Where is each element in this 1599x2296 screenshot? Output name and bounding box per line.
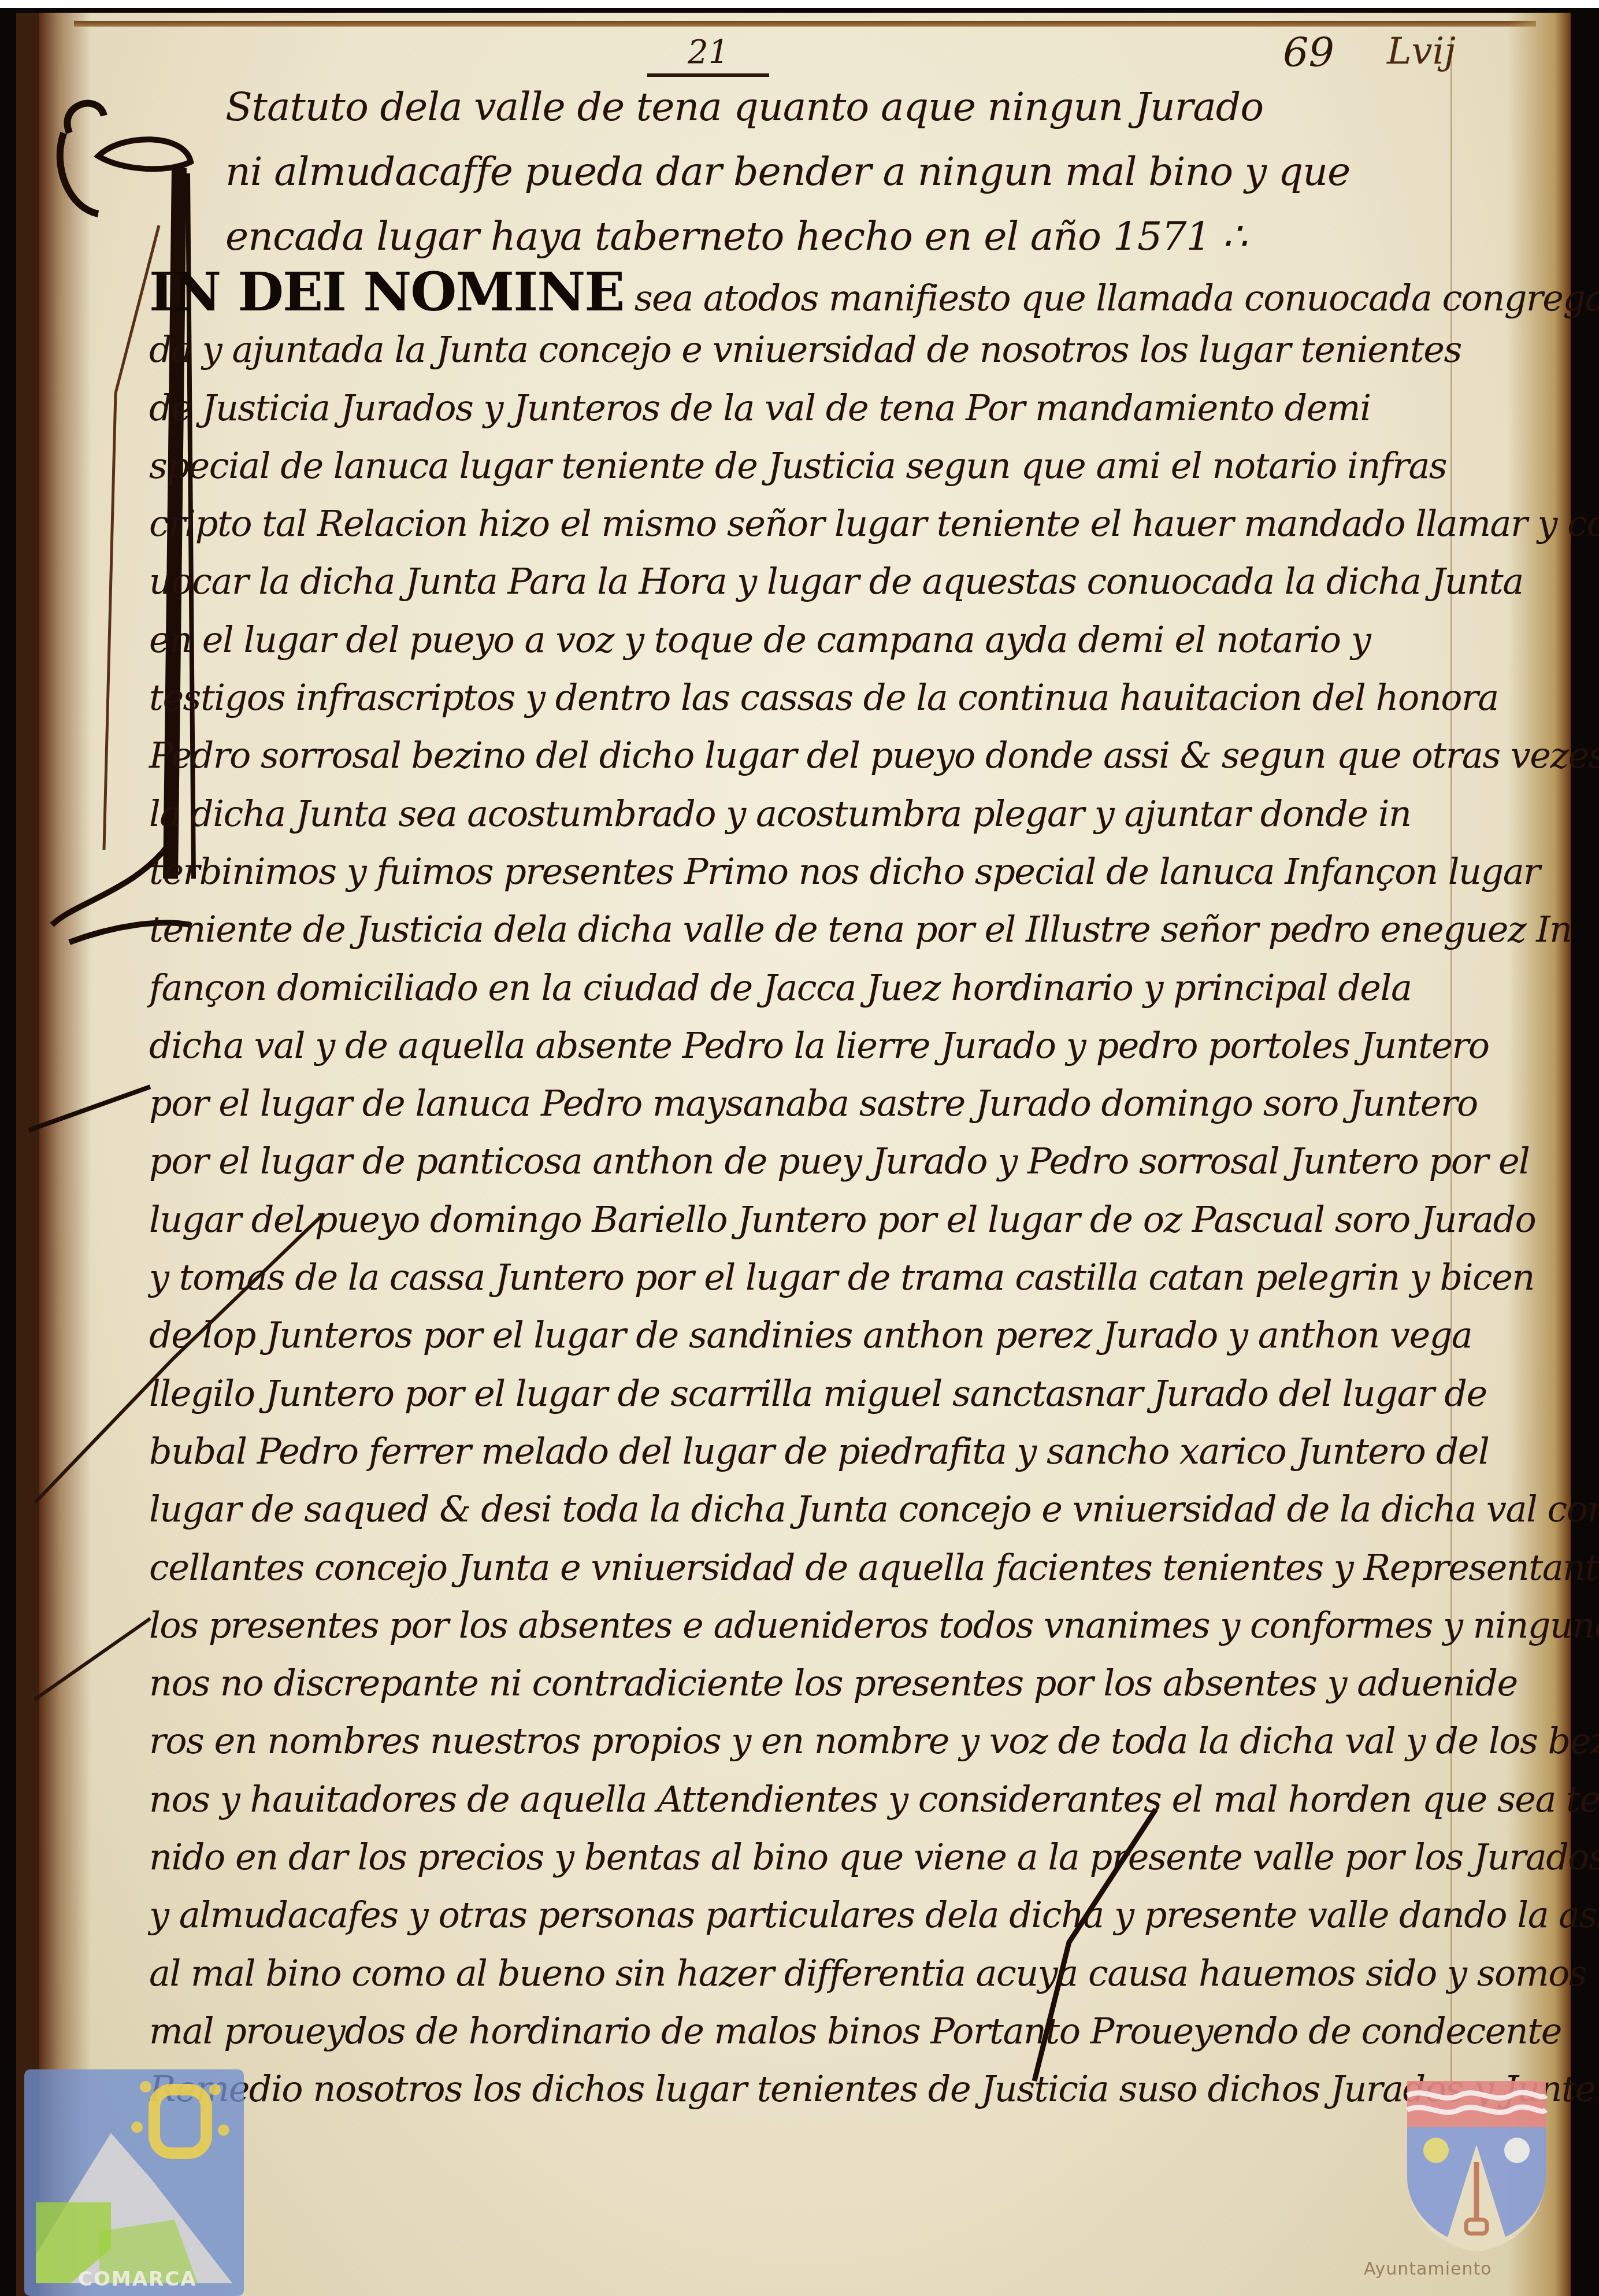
body-line: los presentes por los absentes e aduenid… xyxy=(149,1597,1478,1654)
page-top-edge xyxy=(74,21,1536,27)
body-line: lugar del pueyo domingo Bariello Juntero… xyxy=(149,1191,1478,1249)
body-line: fançon domiciliado en la ciudad de Jacca… xyxy=(149,959,1478,1017)
statute-body: IN DEI NOMINE sea atodos manifiesto que … xyxy=(149,263,1478,2119)
body-line: por el lugar de panticosa anthon de puey… xyxy=(149,1132,1478,1190)
body-line: bubal Pedro ferrer melado del lugar de p… xyxy=(149,1423,1478,1480)
body-line: por el lugar de lanuca Pedro maysanaba s… xyxy=(149,1075,1478,1132)
body-line: dicha val y de aquella absente Pedro la … xyxy=(149,1017,1478,1075)
body-line: nos no discrepante ni contradiciente los… xyxy=(149,1654,1478,1712)
body-line: cellantes concejo Junta e vniuersidad de… xyxy=(149,1539,1478,1597)
body-line: llegilo Juntero por el lugar de scarrill… xyxy=(149,1365,1478,1423)
body-line-text: sea atodos manifiesto que llamada conuoc… xyxy=(635,277,1599,319)
body-line: ros en nombres nuestros propios y en nom… xyxy=(149,1712,1478,1770)
body-line: Pedro sorrosal bezino del dicho lugar de… xyxy=(149,727,1478,784)
heading-line: Statuto dela valle de tena quanto aque n… xyxy=(225,75,1323,140)
body-line: y tomas de la cassa Juntero por el lugar… xyxy=(149,1249,1478,1306)
body-line: de Justicia Jurados y Junteros de la val… xyxy=(149,379,1478,437)
body-line: nos y hauitadores de aquella Attendiente… xyxy=(149,1771,1478,1828)
body-line: en el lugar del pueyo a voz y toque de c… xyxy=(149,611,1478,669)
heading-line: ni almudacaffe pueda dar bender a ningun… xyxy=(225,140,1323,205)
body-line: nido en dar los precios y bentas al bino… xyxy=(149,1828,1478,1886)
folio-roman-mark: Lvij xyxy=(1387,30,1456,73)
comarca-logo-label: COMARCA xyxy=(78,2268,196,2291)
body-line: mal proueydos de hordinario de malos bin… xyxy=(149,2002,1478,2060)
body-line: y almudacafes y otras personas particula… xyxy=(149,1886,1478,1944)
body-line: testigos infrascriptos y dentro las cass… xyxy=(149,669,1478,727)
body-line: special de lanuca lugar teniente de Just… xyxy=(149,437,1478,495)
statute-heading: Statuto dela valle de tena quanto aque n… xyxy=(225,75,1323,269)
body-line: lugar de saqued & desi toda la dicha Jun… xyxy=(149,1480,1478,1538)
ayuntamiento-label: Ayuntamiento xyxy=(1364,2259,1492,2279)
coat-of-arms-icon xyxy=(1401,2075,1552,2254)
body-line: cripto tal Relacion hizo el mismo señor … xyxy=(149,495,1478,553)
comarca-logo-icon xyxy=(24,2058,250,2296)
body-line: teniente de Justicia dela dicha valle de… xyxy=(149,901,1478,958)
body-line: da y ajuntada la Junta concejo e vniuers… xyxy=(149,321,1478,379)
body-line: Remedio nosotros los dichos lugar tenien… xyxy=(149,2060,1478,2118)
page-top-number: 21 xyxy=(647,34,769,77)
body-line: al mal bino como al bueno sin hazer diff… xyxy=(149,1945,1478,2002)
body-line-incipit: IN DEI NOMINE sea atodos manifiesto que … xyxy=(149,263,1478,321)
body-line: terbinimos y fuimos presentes Primo nos … xyxy=(149,843,1478,901)
body-line: la dicha Junta sea acostumbrado y acostu… xyxy=(149,785,1478,843)
body-line: uocar la dicha Junta Para la Hora y luga… xyxy=(149,553,1478,610)
body-line: de lop Junteros por el lugar de sandinie… xyxy=(149,1306,1478,1364)
incipit-in-dei-nomine: IN DEI NOMINE xyxy=(149,261,624,323)
heading-line: encada lugar haya taberneto hecho en el … xyxy=(225,205,1323,269)
folio-number: 69 xyxy=(1283,29,1334,76)
